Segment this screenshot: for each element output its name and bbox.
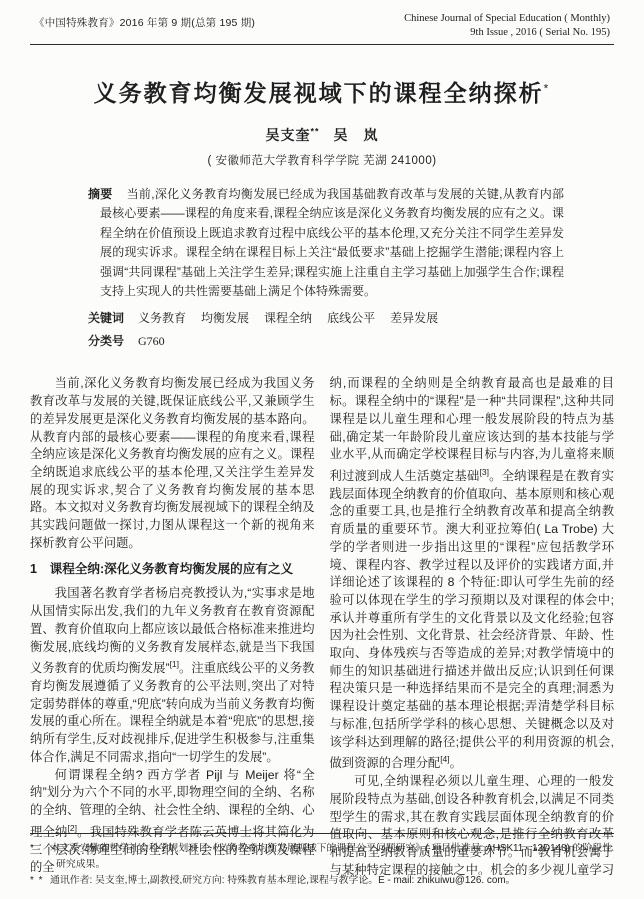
masthead-rule [30,44,614,45]
keywords-label: 关键词 [88,311,124,325]
masthead-en-issue: 9th Issue , 2016 ( Serial No. 195) [470,27,610,38]
clc-label: 分类号 [88,334,124,348]
body-paragraph: 我国著名教育学者杨启亮教授认为,“实事求是地从国情实际出发,我们的九年义务教育在… [30,585,315,766]
footnote-funding: *本文系安徽省哲学社会科学规划项目《义务教育均衡发展视域下的课程公平问题研究》(… [30,841,614,872]
body-paragraph: 纳,而课程的全纳则是全纳教育最高也是最难的目标。课程全纳中的“课程”是一种“共同… [330,375,615,773]
clc-line: 分类号G760 [88,332,564,349]
left-column: 当前,深化义务教育均衡发展已经成为我国义务教育改革与发展的关键,既保证底线公平,… [30,375,315,875]
author-name-2: 吴 岚 [334,127,379,143]
abstract-label: 摘要 [88,187,113,201]
masthead: 《中国特殊教育》2016 年第 9 期(总第 195 期) Chinese Jo… [30,12,614,40]
footnote-text: 通讯作者: 吴支奎,博士,副教授,研究方向: 特殊教育基本理论,课程与教学论。E… [50,875,515,886]
clc-value: G760 [138,334,165,348]
keywords-line: 关键词义务教育均衡发展课程全纳底线公平差异发展 [88,309,564,326]
footnote-marker: * [30,841,50,857]
right-column: 纳,而课程的全纳则是全纳教育最高也是最难的目标。课程全纳中的“课程”是一种“共同… [330,375,615,875]
article-title: 义务教育均衡发展视域下的课程全纳探析* [30,75,614,108]
title-footnote-marker: * [544,81,551,95]
authors-line: 吴支奎**吴 岚 [30,125,614,145]
footnote-area: *本文系安徽省哲学社会科学规划项目《义务教育均衡发展视域下的课程公平问题研究》(… [30,833,614,890]
affiliation: ( 安徽师范大学教育科学学院 芜湖 241000) [30,152,614,168]
journal-page: 《中国特殊教育》2016 年第 9 期(总第 195 期) Chinese Jo… [0,0,644,899]
keyword-item: 差异发展 [390,311,438,325]
keyword-item: 课程全纳 [264,311,312,325]
masthead-en-journal: Chinese Journal of Special Education ( M… [404,13,610,24]
author-footnote-marker: ** [310,126,319,136]
keyword-item: 均衡发展 [201,311,249,325]
author-name-1: 吴支奎 [265,127,310,143]
masthead-cn-issue: 《中国特殊教育》2016 年第 9 期(总第 195 期) [34,12,255,30]
abstract-text: 当前,深化义务教育均衡发展已经成为我国基础教育改革与发展的关键,从教育内部最核心… [100,187,564,298]
intro-paragraph: 当前,深化义务教育均衡发展已经成为我国义务教育改革与发展的关键,既保证底线公平,… [30,375,315,552]
section-1-heading: 1 课程全纳:深化义务教育均衡发展的应有之义 [30,561,315,578]
footnotes: *本文系安徽省哲学社会科学规划项目《义务教育均衡发展视域下的课程公平问题研究》(… [30,841,614,889]
keyword-item: 义务教育 [138,311,186,325]
keyword-item: 底线公平 [327,311,375,325]
masthead-en: Chinese Journal of Special Education ( M… [404,12,610,40]
footnote-text: 本文系安徽省哲学社会科学规划项目《义务教育均衡发展视域下的课程公平问题研究》( … [50,843,612,870]
abstract: 摘要当前,深化义务教育均衡发展已经成为我国基础教育改革与发展的关键,从教育内部最… [88,185,564,301]
footnote-rule [30,833,614,834]
body-columns: 当前,深化义务教育均衡发展已经成为我国义务教育改革与发展的关键,既保证底线公平,… [30,375,614,875]
footnote-corresponding-author: * *通讯作者: 吴支奎,博士,副教授,研究方向: 特殊教育基本理论,课程与教学… [30,873,614,889]
footnote-marker: * * [30,873,50,889]
